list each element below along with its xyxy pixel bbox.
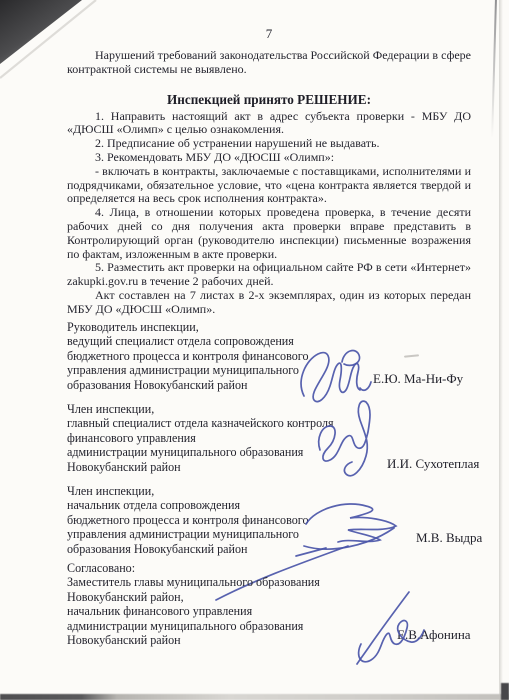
signer-block-head-of-inspection: Руководитель инспекции, ведущий специали… — [67, 320, 389, 392]
signer-role-line: образования Новокубанский район — [67, 378, 389, 392]
right-page-edge-shadow — [499, 0, 503, 700]
scan-noise-dash — [404, 354, 419, 357]
signer-role-line: администрации муниципального образования — [67, 445, 389, 459]
signer-role-line: ведущий специалист отдела сопровождения — [67, 334, 389, 348]
signer-name-sukhoteplaya: И.И. Сухотеплая — [387, 456, 479, 472]
signer-role-line: администрации муниципального образования — [67, 619, 389, 633]
signer-role-line: Заместитель главы муниципального образов… — [67, 575, 389, 589]
signer-role-line: бюджетного процесса и контроля финансово… — [67, 349, 389, 363]
decision-item-3-sub: - включать в контракты, заключаемые с по… — [67, 165, 471, 206]
signer-role-line: управления администрации муниципального — [67, 527, 389, 541]
signer-role-line: Новокубанский район, — [67, 590, 389, 604]
signer-role-line: начальник финансового управления — [67, 604, 389, 618]
page-number: 7 — [67, 26, 471, 42]
scanned-document-page: 7 Нарушений требований законодательства … — [0, 0, 509, 700]
signer-role-line: Член инспекции, — [67, 484, 389, 498]
decision-item-5: 5. Разместить акт проверки на официально… — [67, 261, 471, 289]
act-note: Акт составлен на 7 листах в 2-х экземпля… — [67, 289, 471, 317]
document-body: 7 Нарушений требований законодательства … — [67, 0, 471, 317]
signer-name-vydra: М.В. Выдра — [416, 530, 482, 546]
signer-block-member-sukhoteplaya: Член инспекции, главный специалист отдел… — [67, 402, 389, 474]
signer-role-line: Член инспекции, — [67, 402, 389, 416]
decision-item-1: 1. Направить настоящий акт в адрес субъе… — [67, 110, 471, 138]
bottom-scan-edge — [0, 694, 509, 700]
signer-block-member-vydra: Член инспекции, начальник отдела сопрово… — [67, 484, 389, 556]
signer-role-line: образования Новокубанский район — [67, 542, 389, 556]
signer-role-line: начальник отдела сопровождения — [67, 498, 389, 512]
signer-role-line: Новокубанский район — [67, 460, 389, 474]
right-page-edge-line — [491, 0, 497, 138]
signer-role-line: бюджетного процесса и контроля финансово… — [67, 513, 389, 527]
decision-item-4: 4. Лица, в отношении которых проведена п… — [67, 206, 471, 261]
signer-block-approved-afonina: Согласовано: Заместитель главы муниципал… — [67, 561, 389, 647]
signer-role-line: управления администрации муниципального — [67, 363, 389, 377]
decision-item-2: 2. Предписание об устранении нарушений н… — [67, 137, 471, 151]
intro-paragraph: Нарушений требований законодательства Ро… — [67, 49, 471, 77]
decision-item-3: 3. Рекомендовать МБУ ДО «ДЮСШ «Олимп»: — [67, 151, 471, 165]
signer-name-afonina: Е.В.Афонина — [397, 627, 471, 643]
signer-role-line: Новокубанский район — [67, 633, 389, 647]
signer-name-ma-ni-fu: Е.Ю. Ма-Ни-Фу — [373, 371, 463, 387]
signer-role-line: Руководитель инспекции, — [67, 320, 389, 334]
signer-role-line: финансового управления — [67, 431, 389, 445]
signer-role-line: главный специалист отдела казначейского … — [67, 416, 389, 430]
bottom-right-scan-corner — [501, 683, 509, 700]
decision-heading: Инспекцией принято РЕШЕНИЕ: — [67, 91, 471, 108]
signer-role-line: Согласовано: — [67, 561, 389, 575]
